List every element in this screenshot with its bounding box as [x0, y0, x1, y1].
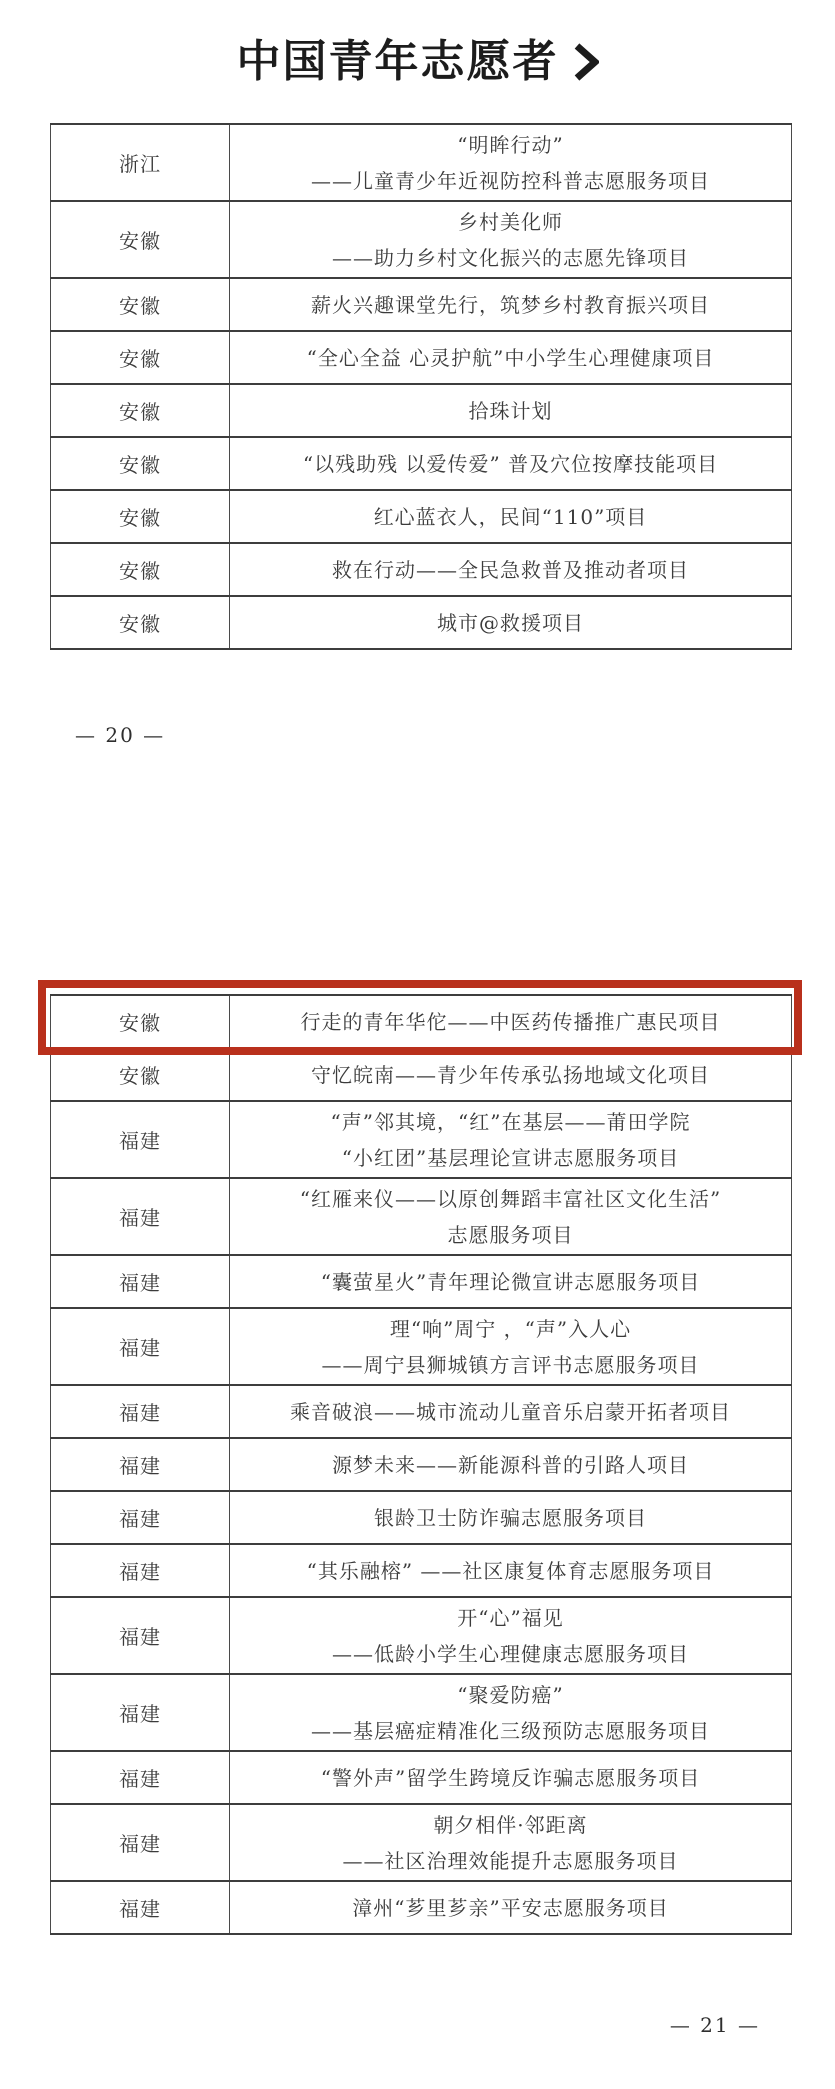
article-source-link[interactable]: 中国青年志愿者: [237, 40, 599, 84]
project-cell: “红雁来仪——以原创舞蹈丰富社区文化生活”志愿服务项目: [230, 1178, 792, 1255]
province-cell: 安徽: [51, 331, 230, 384]
table-row: 安徽救在行动——全民急救普及推动者项目: [51, 543, 792, 596]
project-line: 志愿服务项目: [236, 1217, 785, 1253]
province-cell: 福建: [51, 1881, 230, 1934]
province-cell: 福建: [51, 1385, 230, 1438]
project-line: 救在行动——全民急救普及推动者项目: [236, 552, 785, 588]
project-line: “以残助残 以爱传爱” 普及穴位按摩技能项目: [236, 446, 785, 482]
project-cell: 漳州“芗里芗亲”平安志愿服务项目: [230, 1881, 792, 1934]
table-row: 安徽红心蓝衣人，民间“110”项目: [51, 490, 792, 543]
award-table-page-21-wrap: 安徽行走的青年华佗——中医药传播推广惠民项目安徽守忆皖南——青少年传承弘扬地域文…: [50, 994, 792, 1935]
province-cell: 安徽: [51, 1048, 230, 1101]
table-row: 福建开“心”福见——低龄小学生心理健康志愿服务项目: [51, 1597, 792, 1674]
province-cell: 安徽: [51, 995, 230, 1048]
province-cell: 安徽: [51, 384, 230, 437]
project-line: “聚爱防癌”: [236, 1677, 785, 1713]
table-row: 福建“红雁来仪——以原创舞蹈丰富社区文化生活”志愿服务项目: [51, 1178, 792, 1255]
table-row: 安徽“以残助残 以爱传爱” 普及穴位按摩技能项目: [51, 437, 792, 490]
project-line: 守忆皖南——青少年传承弘扬地域文化项目: [236, 1057, 785, 1093]
project-line: 银龄卫士防诈骗志愿服务项目: [236, 1500, 785, 1536]
table-row: 福建“聚爱防癌”——基层癌症精准化三级预防志愿服务项目: [51, 1674, 792, 1751]
project-line: “明眸行动”: [236, 127, 785, 163]
project-line: 源梦未来——新能源科普的引路人项目: [236, 1447, 785, 1483]
project-cell: 拾珠计划: [230, 384, 792, 437]
award-table-page-20: 浙江“明眸行动”——儿童青少年近视防控科普志愿服务项目安徽乡村美化师——助力乡村…: [50, 123, 792, 650]
project-cell: “其乐融榕” ——社区康复体育志愿服务项目: [230, 1544, 792, 1597]
province-cell: 安徽: [51, 201, 230, 278]
project-line: 开“心”福见: [236, 1600, 785, 1636]
table-row: 福建理“响”周宁 ，“声”入人心——周宁县狮城镇方言评书志愿服务项目: [51, 1308, 792, 1385]
province-cell: 福建: [51, 1751, 230, 1804]
project-line: “全心全益 心灵护航”中小学生心理健康项目: [236, 340, 785, 376]
table-row: 福建“声”邻其境，“红”在基层——莆田学院“小红团”基层理论宣讲志愿服务项目: [51, 1101, 792, 1178]
project-cell: 源梦未来——新能源科普的引路人项目: [230, 1438, 792, 1491]
table-row: 安徽乡村美化师——助力乡村文化振兴的志愿先锋项目: [51, 201, 792, 278]
province-cell: 安徽: [51, 437, 230, 490]
table-row: 福建银龄卫士防诈骗志愿服务项目: [51, 1491, 792, 1544]
project-line: “其乐融榕” ——社区康复体育志愿服务项目: [236, 1553, 785, 1589]
project-cell: 开“心”福见——低龄小学生心理健康志愿服务项目: [230, 1597, 792, 1674]
page-break-gap: [0, 748, 835, 994]
award-table-page-20-wrap: 浙江“明眸行动”——儿童青少年近视防控科普志愿服务项目安徽乡村美化师——助力乡村…: [50, 123, 792, 650]
project-line: ——周宁县狮城镇方言评书志愿服务项目: [236, 1347, 785, 1383]
project-cell: “声”邻其境，“红”在基层——莆田学院“小红团”基层理论宣讲志愿服务项目: [230, 1101, 792, 1178]
project-cell: 银龄卫士防诈骗志愿服务项目: [230, 1491, 792, 1544]
page-number-20: — 20 —: [75, 722, 835, 748]
project-line: ——低龄小学生心理健康志愿服务项目: [236, 1636, 785, 1672]
project-line: “声”邻其境，“红”在基层——莆田学院: [236, 1104, 785, 1140]
project-line: 城市@救援项目: [236, 605, 785, 641]
project-cell: 乡村美化师——助力乡村文化振兴的志愿先锋项目: [230, 201, 792, 278]
project-cell: 朝夕相伴·邻距离——社区治理效能提升志愿服务项目: [230, 1804, 792, 1881]
project-line: ——基层癌症精准化三级预防志愿服务项目: [236, 1713, 785, 1749]
project-cell: “以残助残 以爱传爱” 普及穴位按摩技能项目: [230, 437, 792, 490]
project-line: 乘音破浪——城市流动儿童音乐启蒙开拓者项目: [236, 1394, 785, 1430]
project-cell: “全心全益 心灵护航”中小学生心理健康项目: [230, 331, 792, 384]
project-line: ——社区治理效能提升志愿服务项目: [236, 1843, 785, 1879]
table-row: 福建漳州“芗里芗亲”平安志愿服务项目: [51, 1881, 792, 1934]
table-row: 福建源梦未来——新能源科普的引路人项目: [51, 1438, 792, 1491]
table-row: 福建“其乐融榕” ——社区康复体育志愿服务项目: [51, 1544, 792, 1597]
page-title: 中国青年志愿者: [237, 40, 559, 84]
table-row: 福建朝夕相伴·邻距离——社区治理效能提升志愿服务项目: [51, 1804, 792, 1881]
project-cell: “明眸行动”——儿童青少年近视防控科普志愿服务项目: [230, 124, 792, 201]
province-cell: 福建: [51, 1804, 230, 1881]
table-row: 福建“警外声”留学生跨境反诈骗志愿服务项目: [51, 1751, 792, 1804]
province-cell: 福建: [51, 1438, 230, 1491]
page-number-21: — 21 —: [0, 2012, 760, 2038]
project-line: “红雁来仪——以原创舞蹈丰富社区文化生活”: [236, 1181, 785, 1217]
province-cell: 福建: [51, 1255, 230, 1308]
table-row: 安徽城市@救援项目: [51, 596, 792, 649]
table-row: 安徽薪火兴趣课堂先行，筑梦乡村教育振兴项目: [51, 278, 792, 331]
project-line: “囊萤星火”青年理论微宣讲志愿服务项目: [236, 1264, 785, 1300]
province-cell: 福建: [51, 1101, 230, 1178]
table-row: 福建“囊萤星火”青年理论微宣讲志愿服务项目: [51, 1255, 792, 1308]
project-cell: 理“响”周宁 ，“声”入人心——周宁县狮城镇方言评书志愿服务项目: [230, 1308, 792, 1385]
table-row: 安徽行走的青年华佗——中医药传播推广惠民项目: [51, 995, 792, 1048]
table-row: 浙江“明眸行动”——儿童青少年近视防控科普志愿服务项目: [51, 124, 792, 201]
project-line: 朝夕相伴·邻距离: [236, 1807, 785, 1843]
article-page: 中国青年志愿者 浙江“明眸行动”——儿童青少年近视防控科普志愿服务项目安徽乡村美…: [0, 0, 835, 2089]
province-cell: 福建: [51, 1544, 230, 1597]
province-cell: 福建: [51, 1674, 230, 1751]
project-cell: 薪火兴趣课堂先行，筑梦乡村教育振兴项目: [230, 278, 792, 331]
project-cell: 城市@救援项目: [230, 596, 792, 649]
project-cell: 乘音破浪——城市流动儿童音乐启蒙开拓者项目: [230, 1385, 792, 1438]
project-line: 漳州“芗里芗亲”平安志愿服务项目: [236, 1890, 785, 1926]
project-line: 拾珠计划: [236, 393, 785, 429]
project-line: 理“响”周宁 ，“声”入人心: [236, 1311, 785, 1347]
project-line: 红心蓝衣人，民间“110”项目: [236, 499, 785, 535]
project-cell: 救在行动——全民急救普及推动者项目: [230, 543, 792, 596]
chevron-right-icon: [573, 42, 599, 82]
project-cell: “聚爱防癌”——基层癌症精准化三级预防志愿服务项目: [230, 1674, 792, 1751]
project-line: ——儿童青少年近视防控科普志愿服务项目: [236, 163, 785, 199]
project-line: ——助力乡村文化振兴的志愿先锋项目: [236, 240, 785, 276]
table-row: 安徽守忆皖南——青少年传承弘扬地域文化项目: [51, 1048, 792, 1101]
province-cell: 福建: [51, 1597, 230, 1674]
article-header: 中国青年志愿者: [0, 0, 835, 123]
project-cell: 行走的青年华佗——中医药传播推广惠民项目: [230, 995, 792, 1048]
project-cell: 红心蓝衣人，民间“110”项目: [230, 490, 792, 543]
award-table-page-21: 安徽行走的青年华佗——中医药传播推广惠民项目安徽守忆皖南——青少年传承弘扬地域文…: [50, 994, 792, 1935]
project-line: “小红团”基层理论宣讲志愿服务项目: [236, 1140, 785, 1176]
project-line: 行走的青年华佗——中医药传播推广惠民项目: [236, 1004, 785, 1040]
table-row: 安徽拾珠计划: [51, 384, 792, 437]
project-cell: “囊萤星火”青年理论微宣讲志愿服务项目: [230, 1255, 792, 1308]
province-cell: 福建: [51, 1491, 230, 1544]
province-cell: 浙江: [51, 124, 230, 201]
province-cell: 安徽: [51, 596, 230, 649]
project-line: 薪火兴趣课堂先行，筑梦乡村教育振兴项目: [236, 287, 785, 323]
table-row: 安徽“全心全益 心灵护航”中小学生心理健康项目: [51, 331, 792, 384]
table-row: 福建乘音破浪——城市流动儿童音乐启蒙开拓者项目: [51, 1385, 792, 1438]
project-cell: “警外声”留学生跨境反诈骗志愿服务项目: [230, 1751, 792, 1804]
province-cell: 安徽: [51, 490, 230, 543]
project-line: “警外声”留学生跨境反诈骗志愿服务项目: [236, 1760, 785, 1796]
province-cell: 安徽: [51, 278, 230, 331]
province-cell: 福建: [51, 1178, 230, 1255]
province-cell: 福建: [51, 1308, 230, 1385]
project-line: 乡村美化师: [236, 204, 785, 240]
province-cell: 安徽: [51, 543, 230, 596]
project-cell: 守忆皖南——青少年传承弘扬地域文化项目: [230, 1048, 792, 1101]
